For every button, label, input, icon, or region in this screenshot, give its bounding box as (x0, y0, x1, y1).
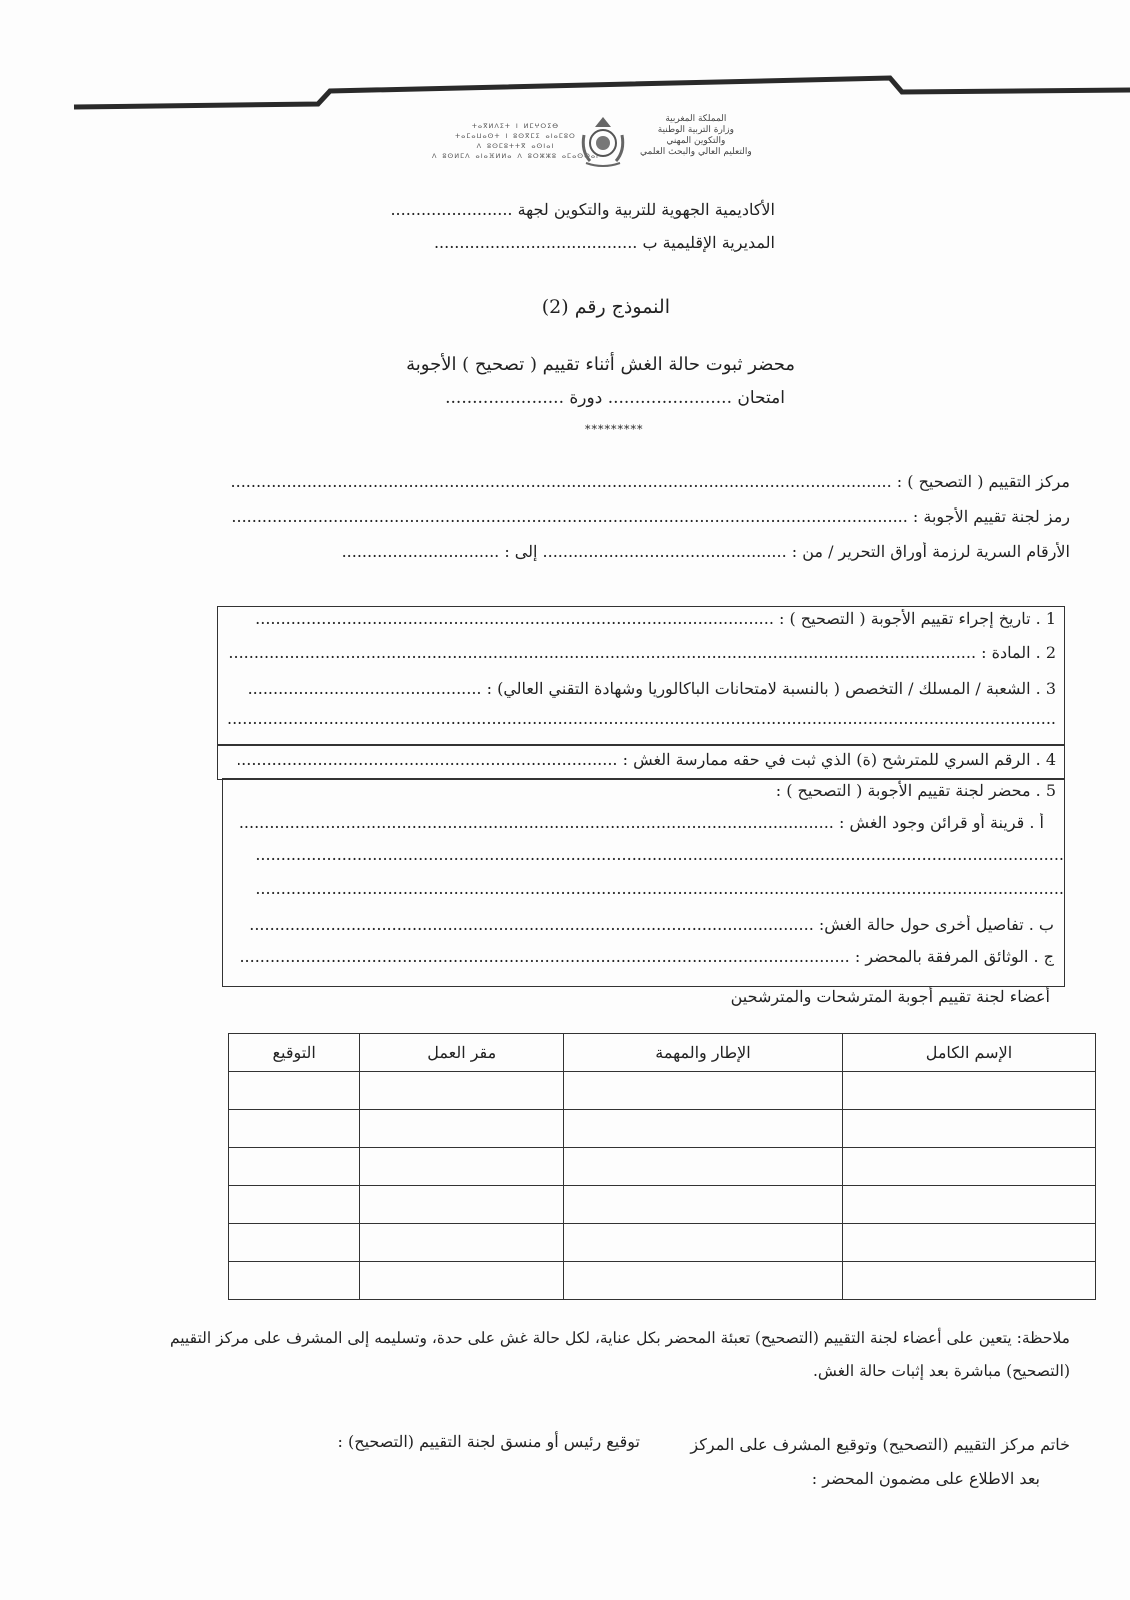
table-cell[interactable] (229, 1262, 360, 1300)
ministry-line: المملكة المغربية (640, 114, 752, 125)
table-row (229, 1262, 1096, 1300)
document-title: محضر ثبوت حالة الغش أثناء تقييم ( تصحيح … (406, 354, 795, 375)
ministry-tifinagh: ⵜⴰⴳⵍⴷⵉⵜ ⵏ ⵍⵎⵖⵔⵉⴱ ⵜⴰⵎⴰⵡⴰⵙⵜ ⵏ ⵓⵙⴳⵎⵉ ⴰⵏⴰⵎⵓⵔ… (432, 121, 599, 161)
note: ملاحظة: يتعين على أعضاء لجنة التقييم (ال… (170, 1322, 1070, 1388)
table-header-row: الإسم الكامل الإطار والمهمة مقر العمل ال… (229, 1034, 1096, 1072)
table-cell[interactable] (842, 1072, 1095, 1110)
note-line-2: (التصحيح) مباشرة بعد إثبات حالة الغش. (170, 1355, 1070, 1388)
center-stamp-block: خاتم مركز التقييم (التصحيح) وتوقيع المشر… (690, 1428, 1070, 1496)
table-cell[interactable] (842, 1110, 1095, 1148)
committee-report-heading: 5 . محضر لجنة تقييم الأجوبة ( التصحيح ) … (776, 781, 1056, 800)
table-cell[interactable] (360, 1072, 564, 1110)
tifinagh-line: ⴷ ⵓⵙⵎⵓⵜⵜⴳ ⴰⵙⵏⴰⵏ (432, 141, 599, 151)
directorate-field[interactable]: المديرية الإقليمية ب ...................… (434, 233, 775, 252)
table-cell[interactable] (564, 1148, 843, 1186)
attached-documents-field[interactable]: ج . الوثائق المرفقة بالمحضر : ..........… (238, 947, 1054, 966)
table-row (229, 1110, 1096, 1148)
table-cell[interactable] (842, 1186, 1095, 1224)
members-title: أعضاء لجنة تقييم أجوبة المترشحات والمترش… (731, 987, 1050, 1006)
other-details-field[interactable]: ب . تفاصيل أخرى حول حالة الغش: .........… (238, 915, 1054, 934)
table-cell[interactable] (229, 1186, 360, 1224)
candidate-secret-number-field[interactable]: 4 . الرقم السري للمترشح (ة) الذي ثبت في … (238, 750, 1056, 769)
tifinagh-line: ⴷ ⵓⵙⵍⵎⴷ ⴰⵏⴰⴼⵍⵍⴰ ⴷ ⵓⵔⵣⵣⵓ ⴰⵎⴰⵙⵙⴰⵏ (432, 151, 599, 161)
tifinagh-line: ⵜⴰⴳⵍⴷⵉⵜ ⵏ ⵍⵎⵖⵔⵉⴱ (432, 121, 599, 131)
stars-separator: ********* (585, 423, 644, 436)
evaluation-center-field[interactable]: مركز التقييم ( التصحيح ) : .............… (232, 472, 1070, 491)
table-row (229, 1186, 1096, 1224)
committee-code-field[interactable]: رمز لجنة تقييم الأجوبة : ...............… (232, 507, 1070, 526)
candidate-number-box: 4 . الرقم السري للمترشح (ة) الذي ثبت في … (217, 744, 1065, 780)
table-cell[interactable] (360, 1110, 564, 1148)
members-table: الإسم الكامل الإطار والمهمة مقر العمل ال… (228, 1033, 1096, 1300)
column-header: الإسم الكامل (842, 1034, 1095, 1072)
table-row (229, 1224, 1096, 1262)
table-cell[interactable] (229, 1110, 360, 1148)
note-line-1: ملاحظة: يتعين على أعضاء لجنة التقييم (ال… (170, 1322, 1070, 1355)
evaluation-date-field[interactable]: 1 . تاريخ إجراء تقييم الأجوبة ( التصحيح … (228, 609, 1056, 628)
coat-of-arms-icon (578, 113, 628, 167)
table-cell[interactable] (229, 1224, 360, 1262)
ministry-line: والتكوين المهني (640, 136, 752, 147)
table-cell[interactable] (229, 1072, 360, 1110)
center-stamp-line-1: خاتم مركز التقييم (التصحيح) وتوقيع المشر… (690, 1428, 1070, 1462)
tifinagh-line: ⵜⴰⵎⴰⵡⴰⵙⵜ ⵏ ⵓⵙⴳⵎⵉ ⴰⵏⴰⵎⵓⵔ (432, 131, 599, 141)
ministry-arabic: المملكة المغربية وزارة التربية الوطنية و… (640, 114, 752, 158)
branch-continuation-field[interactable]: ........................................… (228, 709, 1056, 728)
table-cell[interactable] (564, 1224, 843, 1262)
table-row (229, 1072, 1096, 1110)
table-cell[interactable] (360, 1186, 564, 1224)
table-cell[interactable] (842, 1148, 1095, 1186)
fraud-evidence-line-3[interactable]: ........................................… (238, 879, 1064, 898)
model-number: النموذج رقم (2) (542, 296, 670, 318)
header-rule (0, 0, 1130, 120)
fraud-evidence-line-2[interactable]: ........................................… (238, 845, 1064, 864)
table-cell[interactable] (360, 1224, 564, 1262)
table-cell[interactable] (360, 1262, 564, 1300)
exam-session-field[interactable]: امتحان ....................... دورة ....… (445, 388, 785, 408)
committee-report-box: 5 . محضر لجنة تقييم الأجوبة ( التصحيح ) … (222, 778, 1065, 987)
table-cell[interactable] (564, 1110, 843, 1148)
exam-info-box: 1 . تاريخ إجراء تقييم الأجوبة ( التصحيح … (217, 606, 1065, 746)
ministry-line: وزارة التربية الوطنية (640, 125, 752, 136)
column-header: مقر العمل (360, 1034, 564, 1072)
column-header: التوقيع (229, 1034, 360, 1072)
table-cell[interactable] (842, 1224, 1095, 1262)
table-cell[interactable] (564, 1072, 843, 1110)
table-cell[interactable] (842, 1262, 1095, 1300)
branch-field[interactable]: 3 . الشعبة / المسلك / التخصص ( بالنسبة ل… (228, 679, 1056, 698)
secret-numbers-field[interactable]: الأرقام السرية لرزمة أوراق التحرير / من … (232, 542, 1070, 561)
subject-field[interactable]: 2 . المادة : ...........................… (228, 643, 1056, 662)
table-cell[interactable] (360, 1148, 564, 1186)
table-cell[interactable] (229, 1148, 360, 1186)
chair-signature-field[interactable]: توقيع رئيس أو منسق لجنة التقييم (التصحيح… (338, 1432, 640, 1451)
column-header: الإطار والمهمة (564, 1034, 843, 1072)
academy-field[interactable]: الأكاديمية الجهوية للتربية والتكوين لجهة… (390, 200, 775, 219)
table-row (229, 1148, 1096, 1186)
ministry-line: والتعليم العالي والبحث العلمي (640, 147, 752, 158)
fraud-evidence-field[interactable]: أ . قرينة أو قرائن وجود الغش : .........… (238, 813, 1044, 832)
center-stamp-line-2: بعد الاطلاع على مضمون المحضر : (690, 1462, 1040, 1496)
table-cell[interactable] (564, 1262, 843, 1300)
table-cell[interactable] (564, 1186, 843, 1224)
